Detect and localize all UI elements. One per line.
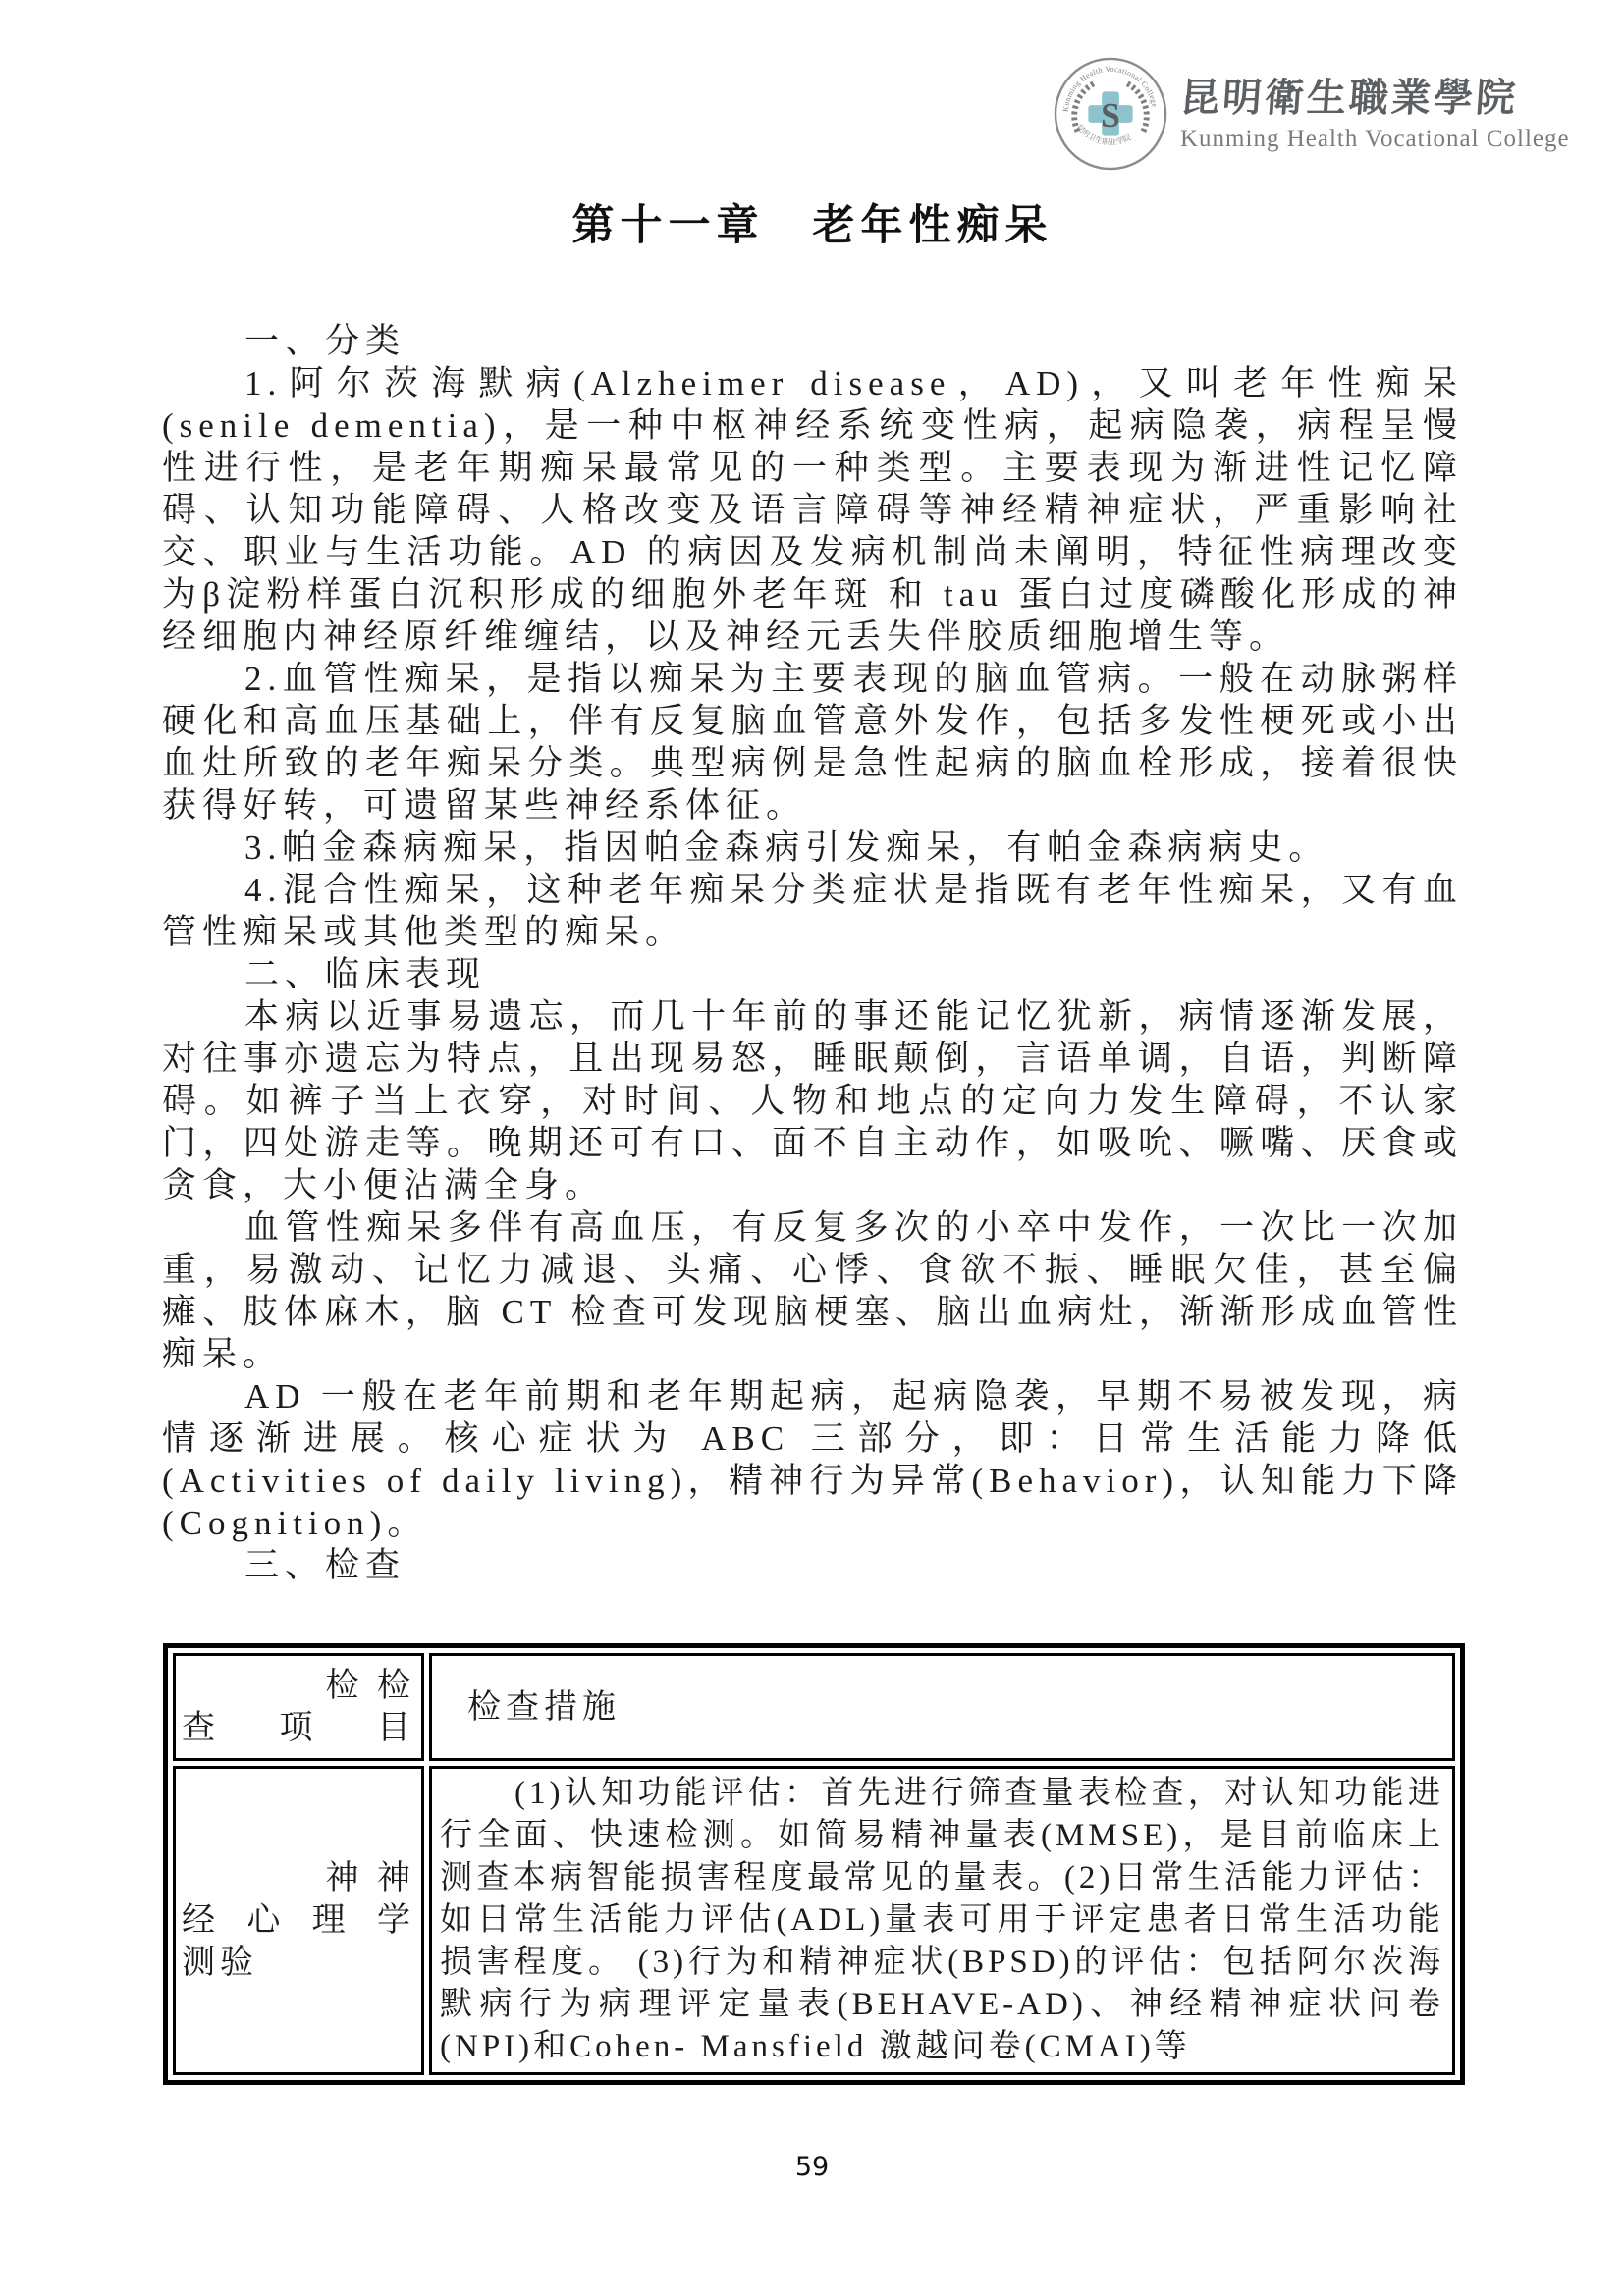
college-name-block: 昆明衛生職業學院 Kunming Health Vocational Colle… <box>1180 73 1570 155</box>
page-number: 59 <box>0 2152 1624 2182</box>
table-row-item-cell: 神 神 经心理学 测验 <box>173 1766 424 2075</box>
chapter-title: 第十一章 老年性痴呆 <box>162 192 1463 252</box>
document-page: Kunming Health Vocational College 昆明卫生职业… <box>0 0 1624 2296</box>
college-name-calligraphy: 昆明衛生職業學院 <box>1178 73 1571 124</box>
college-name-english: Kunming Health Vocational College <box>1180 124 1570 155</box>
table-header-item-cell: 检 检 查项目 <box>173 1653 424 1761</box>
svg-text:S: S <box>1101 95 1120 134</box>
paragraph: 二、临床表现 <box>162 953 1463 995</box>
paragraph: AD 一般在老年前期和老年期起病，起病隐袭，早期不易被发现，病情逐渐进展。核心症… <box>162 1375 1463 1544</box>
college-seal-icon: Kunming Health Vocational College 昆明卫生职业… <box>1053 56 1168 172</box>
paragraph: 血管性痴呆多伴有高血压，有反复多次的小卒中发作，一次比一次加重，易激动、记忆力减… <box>162 1206 1463 1375</box>
college-logo: Kunming Health Vocational College 昆明卫生职业… <box>1053 45 1543 183</box>
examination-table: 检 检 查项目 检查措施 神 神 经心理学 测验 (1)认知功能评估：首先进行筛… <box>163 1643 1465 2085</box>
row-item-line3: 测验 <box>182 1942 415 1984</box>
row-item-line1: 神 神 <box>182 1857 415 1899</box>
paragraph: 本病以近事易遗忘，而几十年前的事还能记忆犹新，病情逐渐发展，对往事亦遗忘为特点，… <box>162 995 1463 1206</box>
body-text: 一、分类1.阿尔茨海默病(Alzheimer disease，AD)，又叫老年性… <box>162 320 1463 1586</box>
table-header-measures-cell: 检查措施 <box>429 1653 1455 1761</box>
header-item-line1: 检 检 <box>182 1665 415 1707</box>
row-item-line2: 经心理学 <box>182 1899 415 1942</box>
paragraph: 2.血管性痴呆，是指以痴呆为主要表现的脑血管病。一般在动脉粥样硬化和高血压基础上… <box>162 658 1463 827</box>
paragraph: 1.阿尔茨海默病(Alzheimer disease，AD)，又叫老年性痴呆(s… <box>162 362 1463 658</box>
table-body-row: 神 神 经心理学 测验 (1)认知功能评估：首先进行筛查量表检查，对认知功能进行… <box>173 1766 1455 2075</box>
header-item-line2: 查项目 <box>182 1707 415 1749</box>
paragraph: 一、分类 <box>162 320 1463 362</box>
table-row-measures-cell: (1)认知功能评估：首先进行筛查量表检查，对认知功能进行全面、快速检测。如简易精… <box>429 1766 1455 2075</box>
paragraph: 三、检查 <box>162 1544 1463 1586</box>
paragraph: 4.混合性痴呆，这种老年痴呆分类症状是指既有老年性痴呆，又有血管性痴呆或其他类型… <box>162 869 1463 953</box>
paragraph: 3.帕金森病痴呆，指因帕金森病引发痴呆，有帕金森病病史。 <box>162 827 1463 869</box>
table-header-row: 检 检 查项目 检查措施 <box>173 1653 1455 1761</box>
